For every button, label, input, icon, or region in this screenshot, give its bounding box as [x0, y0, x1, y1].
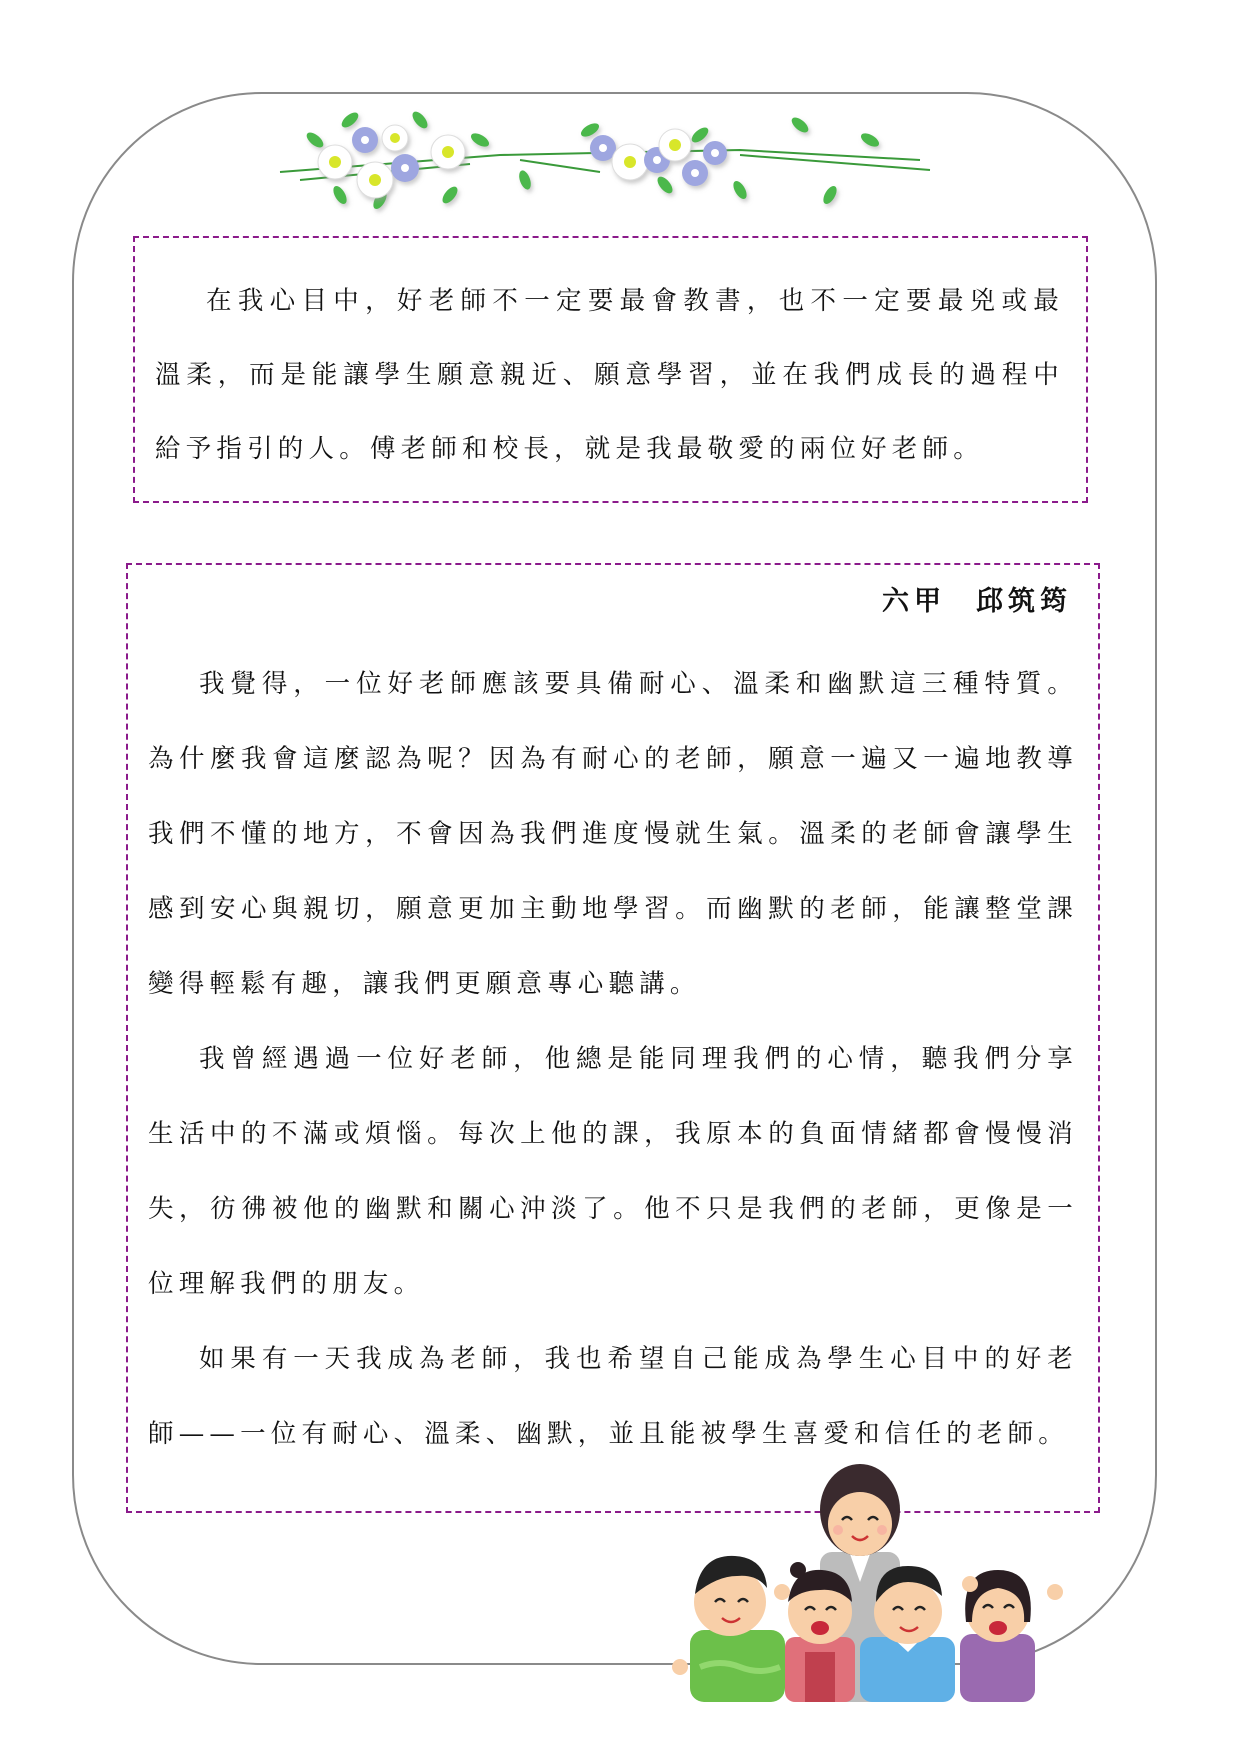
teacher-students-illustration-icon — [670, 1462, 1080, 1702]
intro-paragraph: 在我心目中，好老師不一定要最會教書，也不一定要最兇或最溫柔，而是能讓學生願意親近… — [155, 264, 1064, 486]
author-name: 邱筑筠 — [976, 586, 1072, 617]
intro-box: 在我心目中，好老師不一定要最會教書，也不一定要最兇或最溫柔，而是能讓學生願意親近… — [133, 236, 1088, 503]
essay-byline: 六甲邱筑筠 — [148, 577, 1072, 627]
essay-box: 六甲邱筑筠 我覺得，一位好老師應該要具備耐心、溫柔和幽默這三種特質。為什麼我會這… — [126, 563, 1100, 1513]
essay-paragraph-3: 如果有一天我成為老師，我也希望自己能成為學生心目中的好老師——一位有耐心、溫柔、… — [148, 1322, 1078, 1472]
essay-paragraph-1: 我覺得，一位好老師應該要具備耐心、溫柔和幽默這三種特質。為什麼我會這麼認為呢？因… — [148, 647, 1078, 1022]
flower-garland-icon — [270, 100, 950, 220]
class-label: 六甲 — [882, 586, 946, 617]
essay-paragraph-2: 我曾經遇過一位好老師，他總是能同理我們的心情，聽我們分享生活中的不滿或煩惱。每次… — [148, 1022, 1078, 1322]
